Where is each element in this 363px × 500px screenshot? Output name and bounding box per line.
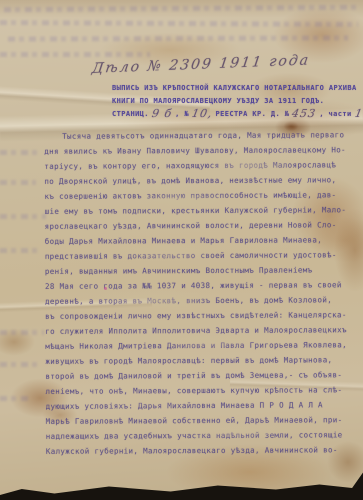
document-line: Тысяча девятьсотъ одиннадцатаго года, Ма… (44, 127, 363, 144)
number-separator: , № (175, 110, 189, 118)
document-line: представившія въ доказательство своей са… (45, 247, 363, 264)
document-line: Марьѣ Гавриловнѣ Минаевой собственно ей,… (46, 412, 363, 429)
part-value-handwritten: 1. (354, 110, 363, 117)
document-line: ренія, выданныя имъ Авчининскимъ Волостн… (45, 262, 363, 279)
bleedthrough-text-marks (0, 362, 38, 367)
document-line: леніемъ, что онѣ, Минаевы, совершаютъ ку… (45, 382, 363, 399)
document-line: шіе ему въ томъ подписки, крестьянки Кал… (45, 202, 363, 219)
document-line: деревнѣ, а вторая въ Москвѣ, внизъ Боенъ… (45, 292, 363, 309)
bleedthrough-text-marks (0, 52, 150, 57)
bleedthrough-text-marks (0, 248, 40, 253)
bleedthrough-text-marks (0, 330, 44, 335)
document-line: въ сопровожденіи лично ему извѣстныхъ св… (45, 307, 363, 324)
document-body-text: Тысяча девятьсотъ одиннадцатаго года, Ма… (44, 127, 363, 459)
ink-speck (104, 287, 107, 290)
document-line: живущихъ въ городѣ Малоярославцѣ: первый… (45, 352, 363, 369)
pages-label: СТРАНИЦ. (112, 110, 149, 118)
document-line: Калужской губерніи, Малоярославецкаго уѣ… (46, 442, 363, 459)
document-line: дующихъ условіяхъ: Дарья Михайловна Мина… (46, 397, 363, 414)
archive-extract-title-line1: ВЫПИСЬ ИЗЪ КРѢПОСТНОЙ КАЛУЖСКАГО НОТАРІА… (112, 84, 357, 92)
document-line: боды Дарья Михайловна Минаева и Марья Га… (45, 232, 363, 249)
document-line: го служителя Ипполита Ипполитовича Эдвар… (45, 322, 363, 339)
bleedthrough-text-marks (0, 180, 36, 185)
document-line: второй въ домѣ Даниловой и третій въ дом… (45, 367, 363, 384)
document-line: 28 Мая сего года за №№ 1037 и 4038, живу… (45, 277, 363, 294)
document-line: таріусу, въ контору его, находящуюся въ … (44, 157, 363, 174)
register-value-handwritten: 453 (292, 110, 317, 117)
bleedthrough-text-marks (0, 396, 30, 401)
document-line: надлежащихъ два усадебныхъ участка надѣл… (46, 427, 363, 444)
bleedthrough-text-marks (0, 150, 42, 155)
archive-extract-reference-line: СТРАНИЦ. 9 б , № 10, РЕЕСТРА КР. Д. № 45… (112, 110, 363, 118)
pages-value-handwritten: 9 б (151, 110, 172, 117)
document-line: ярославецкаго уѣзда, Авчининской волости… (45, 217, 363, 234)
document-line: по Дворянской улицѣ, въ домѣ Иванова, не… (44, 172, 363, 189)
document-line: дня явились къ Ивану Павловичу Шувалову,… (44, 142, 363, 159)
part-label: , части (319, 110, 351, 118)
archive-extract-title-line2: КНИГИ ПО МАЛОЯРОСЛАВЕЦКОМУ УѢЗДУ ЗА 1911… (112, 97, 324, 105)
register-label: РЕЕСТРА КР. Д. № (215, 110, 289, 118)
number-value-handwritten: 10, (191, 110, 213, 117)
document-photo: Дѣло № 2309 1911 года ВЫПИСЬ ИЗЪ КРѢПОСТ… (0, 0, 363, 500)
document-line: къ совершенію актовъ законную правоспосо… (44, 187, 363, 204)
bleedthrough-text-marks (0, 214, 46, 219)
document-line: мѣщанъ Николая Дмитріева Данилова и Павл… (45, 337, 363, 354)
